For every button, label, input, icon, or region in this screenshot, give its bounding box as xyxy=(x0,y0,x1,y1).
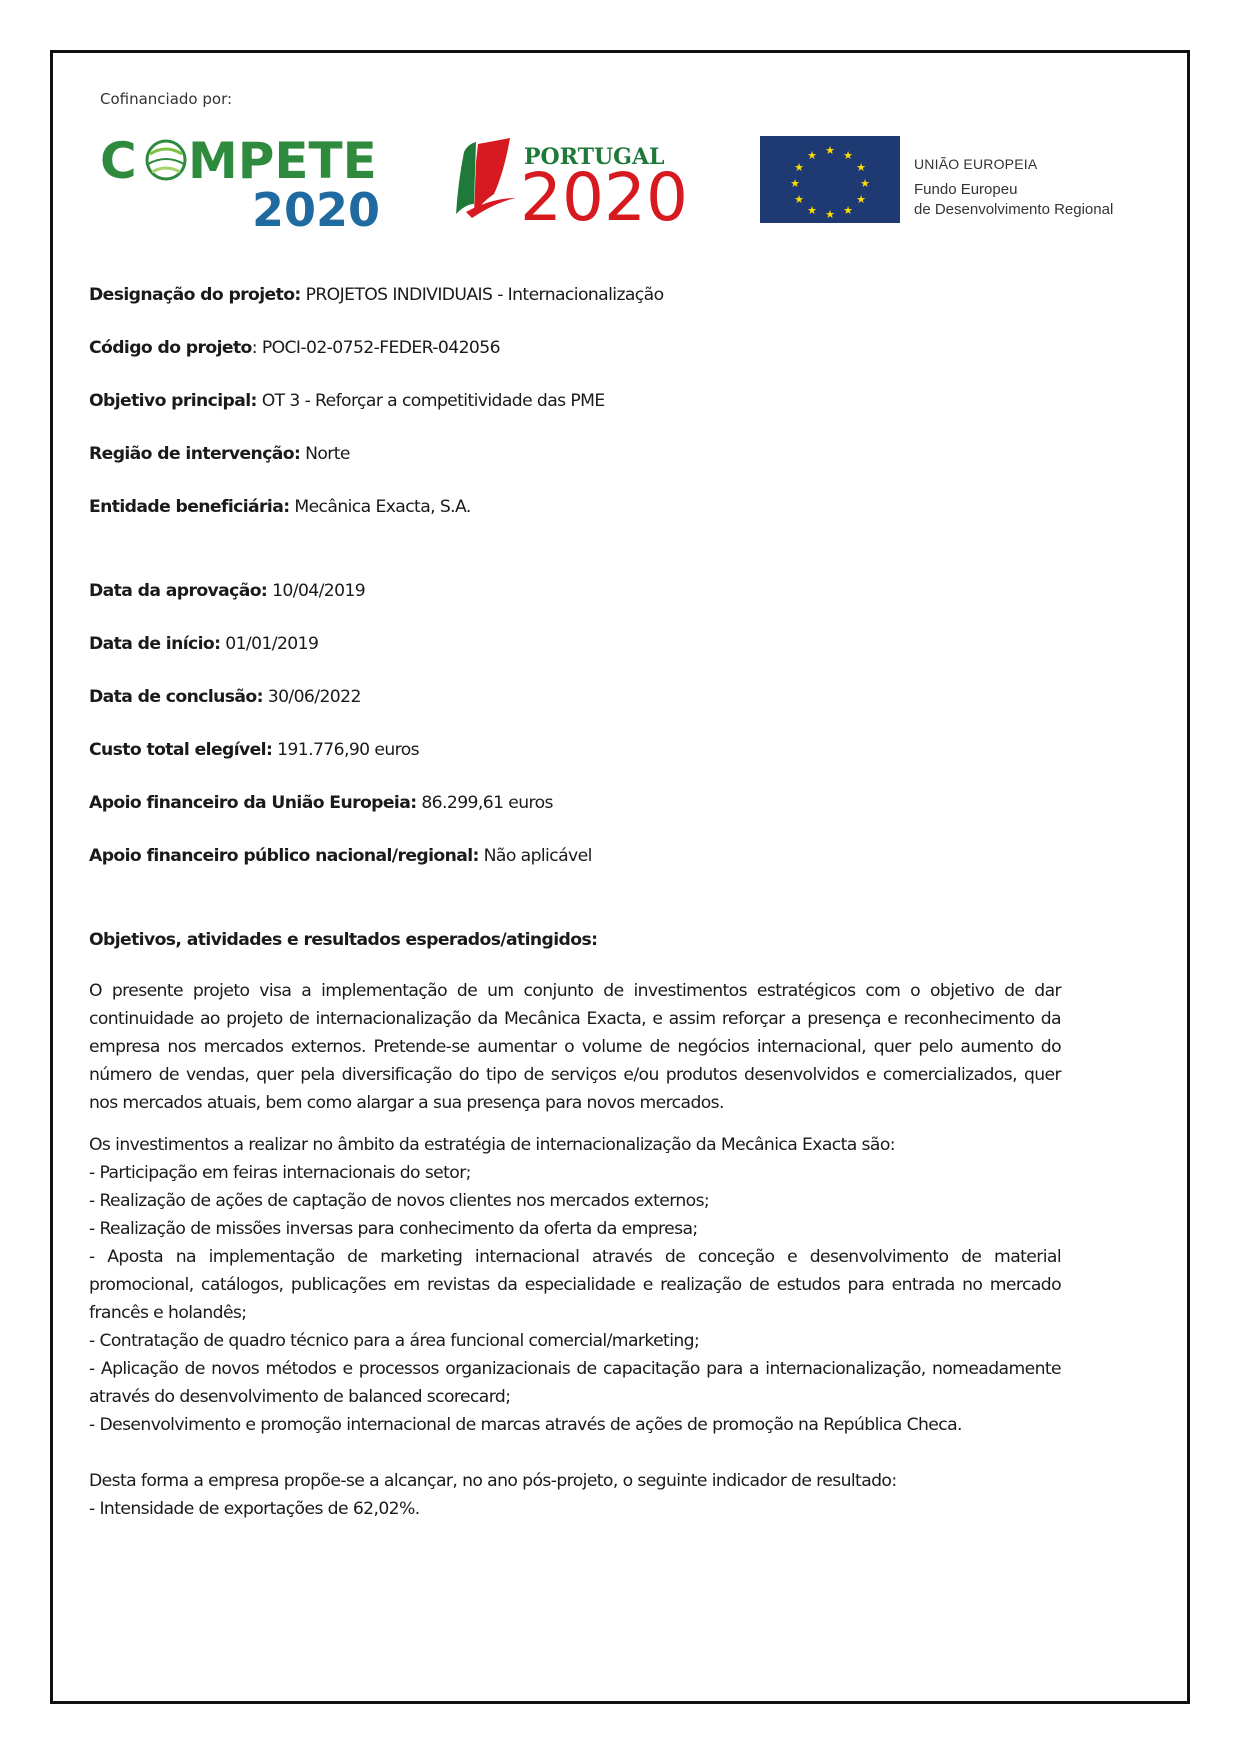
portugal-flag-icon xyxy=(456,138,516,218)
field-label: Apoio financeiro público nacional/region… xyxy=(89,846,479,866)
svg-text:★: ★ xyxy=(790,177,800,190)
field-value: 86.299,61 euros xyxy=(416,793,552,813)
field-national-support: Apoio financeiro público nacional/region… xyxy=(89,845,1061,867)
cofinanced-by-label: Cofinanciado por: xyxy=(100,90,232,108)
fund-name-line1: Fundo Europeu xyxy=(914,181,1113,198)
field-designation: Designação do projeto: PROJETOS INDIVIDU… xyxy=(89,284,1061,337)
field-label: Custo total elegível: xyxy=(89,740,272,760)
svg-text:★: ★ xyxy=(807,149,817,162)
field-value: Não aplicável xyxy=(479,846,592,866)
field-value: 191.776,90 euros xyxy=(272,740,419,760)
field-value: Norte xyxy=(300,444,350,464)
field-label: Objetivo principal: xyxy=(89,391,257,411)
investment-item: - Desenvolvimento e promoção internacion… xyxy=(89,1411,1061,1439)
objectives-intro: O presente projeto visa a implementação … xyxy=(89,977,1061,1117)
field-label: Código do projeto xyxy=(89,338,252,358)
field-total-cost: Custo total elegível: 191.776,90 euros xyxy=(89,739,1061,792)
field-value: 01/01/2019 xyxy=(220,634,318,654)
field-approval-date: Data da aprovação: 10/04/2019 xyxy=(89,580,1061,633)
svg-text:★: ★ xyxy=(856,193,866,206)
compete-logo-c: C xyxy=(100,132,137,190)
portugal-2020-logo: PORTUGAL 2020 xyxy=(452,132,732,224)
investment-item: - Realização de ações de captação de nov… xyxy=(89,1187,1061,1215)
field-region: Região de intervenção: Norte xyxy=(89,443,1061,496)
investment-item: - Aposta na implementação de marketing i… xyxy=(89,1243,1061,1327)
field-label: Designação do projeto: xyxy=(89,285,301,305)
svg-text:★: ★ xyxy=(825,208,835,221)
field-project-code: Código do projeto: POCI-02-0752-FEDER-04… xyxy=(89,337,1061,390)
compete-2020-logo: C MPETE 2020 xyxy=(100,130,410,230)
field-value: Mecânica Exacta, S.A. xyxy=(289,497,470,517)
svg-text:★: ★ xyxy=(856,161,866,174)
investments-title: Os investimentos a realizar no âmbito da… xyxy=(89,1131,1061,1159)
field-value: : POCI-02-0752-FEDER-042056 xyxy=(252,338,500,358)
fund-name-line2: de Desenvolvimento Regional xyxy=(914,201,1113,218)
field-label: Região de intervenção: xyxy=(89,444,300,464)
intro-paragraph: O presente projeto visa a implementação … xyxy=(89,977,1061,1117)
eu-flag-icon: ★ ★ ★ ★ ★ ★ ★ ★ ★ ★ ★ ★ xyxy=(760,136,900,223)
field-value: 10/04/2019 xyxy=(267,581,365,601)
result-indicator: Desta forma a empresa propõe-se a alcanç… xyxy=(89,1467,1061,1523)
field-eu-support: Apoio financeiro da União Europeia: 86.2… xyxy=(89,792,1061,845)
field-label: Data da aprovação: xyxy=(89,581,267,601)
field-value: PROJETOS INDIVIDUAIS - Internacionalizaç… xyxy=(301,285,664,305)
field-value: OT 3 - Reforçar a competitividade das PM… xyxy=(257,391,605,411)
svg-text:★: ★ xyxy=(807,204,817,217)
field-label: Apoio financeiro da União Europeia: xyxy=(89,793,416,813)
eu-name: UNIÃO EUROPEIA xyxy=(914,156,1113,172)
investment-item: - Aplicação de novos métodos e processos… xyxy=(89,1355,1061,1411)
eu-fund-label: UNIÃO EUROPEIA Fundo Europeu de Desenvol… xyxy=(914,156,1113,218)
result-intro: Desta forma a empresa propõe-se a alcanç… xyxy=(89,1467,1061,1495)
field-value: 30/06/2022 xyxy=(263,687,361,707)
objectives-title: Objetivos, atividades e resultados esper… xyxy=(89,929,1061,951)
svg-text:★: ★ xyxy=(794,193,804,206)
investment-item: - Contratação de quadro técnico para a á… xyxy=(89,1327,1061,1355)
investment-item: - Realização de missões inversas para co… xyxy=(89,1215,1061,1243)
compete-globe-icon xyxy=(147,141,185,179)
field-start-date: Data de início: 01/01/2019 xyxy=(89,633,1061,686)
svg-text:★: ★ xyxy=(825,144,835,157)
field-label: Entidade beneficiária: xyxy=(89,497,289,517)
field-beneficiary: Entidade beneficiária: Mecânica Exacta, … xyxy=(89,496,1061,518)
result-item: - Intensidade de exportações de 62,02%. xyxy=(89,1495,1061,1523)
compete-logo-text: MPETE xyxy=(188,132,377,190)
compete-logo-year: 2020 xyxy=(252,183,380,230)
svg-text:★: ★ xyxy=(794,161,804,174)
field-label: Data de conclusão: xyxy=(89,687,263,707)
field-main-objective: Objetivo principal: OT 3 - Reforçar a co… xyxy=(89,390,1061,443)
project-sheet: Designação do projeto: PROJETOS INDIVIDU… xyxy=(89,284,1061,1523)
field-end-date: Data de conclusão: 30/06/2022 xyxy=(89,686,1061,739)
investments-list: Os investimentos a realizar no âmbito da… xyxy=(89,1131,1061,1439)
portugal-logo-year: 2020 xyxy=(520,159,688,224)
svg-text:★: ★ xyxy=(843,149,853,162)
investment-item: - Participação em feiras internacionais … xyxy=(89,1159,1061,1187)
svg-text:★: ★ xyxy=(860,177,870,190)
field-label: Data de início: xyxy=(89,634,220,654)
svg-text:★: ★ xyxy=(843,204,853,217)
